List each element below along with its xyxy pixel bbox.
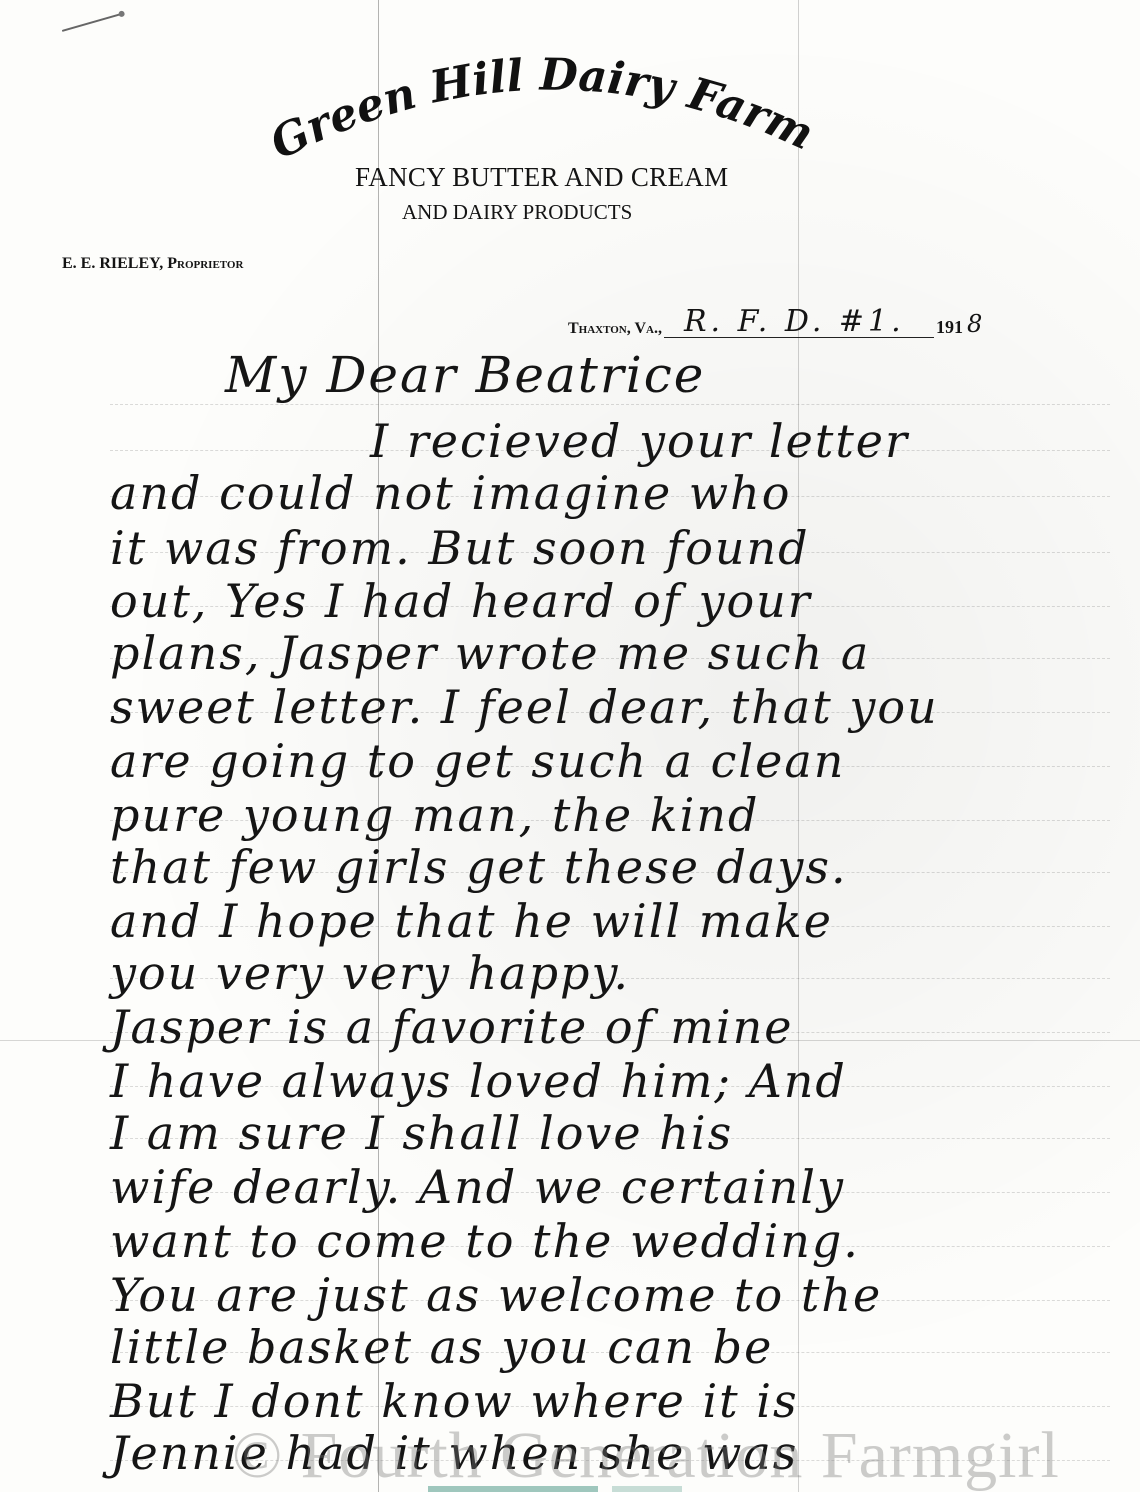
letter-line: I am sure I shall love his: [110, 1110, 733, 1156]
letter-line: it was from. But soon found: [110, 525, 810, 571]
letterhead-dateline: Thaxton, Va., R. F. D. #1. 191 8: [568, 310, 982, 338]
bottom-edge-strip: [612, 1486, 682, 1492]
proprietor-title: Proprietor: [167, 255, 243, 272]
dateline-handwritten-address: R. F. D. #1.: [684, 304, 905, 339]
letter-line: You are just as welcome to the: [110, 1272, 882, 1318]
letter-line: are going to get such a clean: [110, 738, 845, 784]
dateline-year-printed: 191: [936, 317, 963, 338]
letter-line: want to come to the wedding.: [110, 1218, 860, 1264]
letter-line: and could not imagine who: [110, 470, 792, 516]
letter-line: sweet letter. I feel dear, that you: [110, 684, 939, 730]
ruled-line: [110, 404, 1110, 405]
letter-line: I recieved your letter: [370, 418, 909, 464]
copyright-watermark: © Fourth Generation Farmgirl: [232, 1418, 1060, 1492]
letter-line: out, Yes I had heard of your: [110, 578, 812, 624]
letter-line: pure young man, the kind: [110, 792, 759, 838]
letter-line: I have always loved him; And: [110, 1058, 847, 1104]
letter-line: little basket as you can be: [110, 1324, 773, 1370]
svg-text:Green Hill Dairy Farm: Green Hill Dairy Farm: [263, 49, 821, 169]
bottom-edge-strip: [428, 1486, 598, 1492]
dateline-year-handwritten: 8: [967, 310, 982, 338]
dateline-blank: R. F. D. #1.: [664, 319, 934, 338]
dateline-place: Thaxton, Va.,: [568, 320, 662, 338]
letterhead-tagline-1: FANCY BUTTER AND CREAM: [355, 162, 728, 193]
letter-line: wife dearly. And we certainly: [110, 1164, 845, 1210]
letter-line: you very very happy.: [110, 950, 630, 996]
letter-line: Jasper is a favorite of mine: [110, 1004, 793, 1050]
letter-page: Green Hill Dairy Farm FANCY BUTTER AND C…: [0, 0, 1140, 1492]
proprietor-name: E. E. RIELEY,: [62, 255, 163, 272]
letter-line: and I hope that he will make: [110, 898, 833, 944]
straight-pin-mark: [62, 13, 122, 32]
letter-salutation: My Dear Beatrice: [225, 350, 705, 400]
letterhead-tagline-2: AND DAIRY PRODUCTS: [402, 200, 632, 225]
letter-line: that few girls get these days.: [110, 844, 848, 890]
letter-line: plans, Jasper wrote me such a: [110, 630, 870, 676]
letterhead-proprietor: E. E. RIELEY, Proprietor: [62, 255, 243, 273]
